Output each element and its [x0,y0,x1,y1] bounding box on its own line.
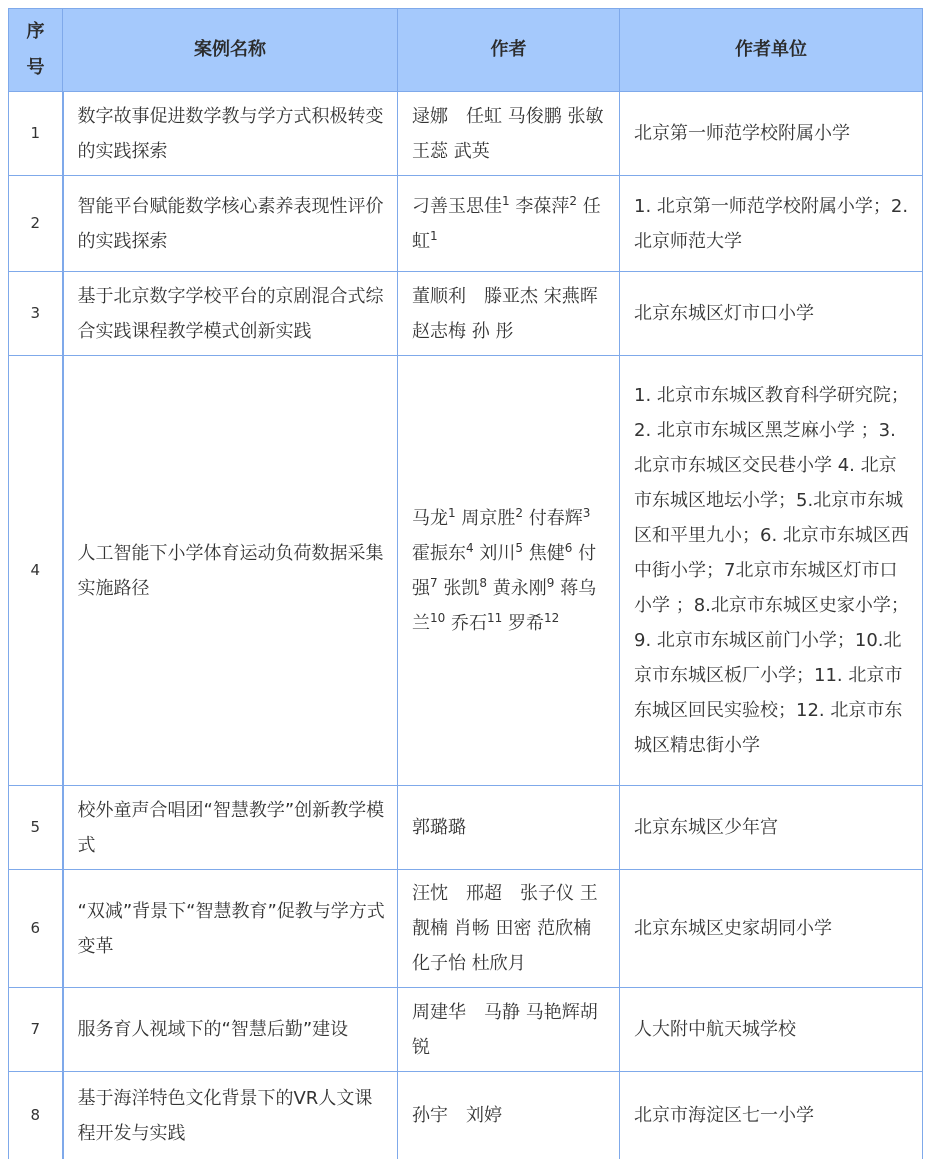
author-name: 罗希 [502,613,544,634]
table-header-row: 序号 案例名称 作者 作者单位 [9,9,923,92]
author-superscript: 3 [583,506,591,520]
row-index: 1 [9,92,63,176]
affiliation: 1. 北京市东城区教育科学研究院；2. 北京市东城区黑芝麻小学 ；3. 北京市东… [620,356,923,786]
authors: 逯娜 任虹 马俊鹏 张敏 王蕊 武英 [398,92,620,176]
affiliation: 北京第一师范学校附属小学 [620,92,923,176]
author-name: 刁善玉思佳 [412,196,502,217]
table-row: 6 “双减”背景下“智慧教育”促教与学方式变革 汪忱 邢超 张子仪 王靓楠 肖畅… [9,870,923,988]
author-superscript: 2 [569,194,577,208]
case-name: 基于北京数字学校平台的京剧混合式综合实践课程教学模式创新实践 [63,272,398,356]
case-name: 数字故事促进数学教与学方式积极转变的实践探索 [63,92,398,176]
affiliation: 1. 北京第一师范学校附属小学；2. 北京师范大学 [620,176,923,272]
row-index: 8 [9,1072,63,1159]
case-name: 校外童声合唱团“智慧教学”创新教学模式 [63,786,398,870]
author-name: 张凯 [438,578,480,599]
affiliation: 北京东城区少年宫 [620,786,923,870]
row-index: 2 [9,176,63,272]
cases-table: 序号 案例名称 作者 作者单位 1 数字故事促进数学教与学方式积极转变的实践探索… [8,8,923,1159]
authors: 汪忱 邢超 张子仪 王靓楠 肖畅 田密 范欣楠 化子怡 杜欣月 [398,870,620,988]
author-name: 乔石 [445,613,487,634]
author-name: 马龙 [412,508,448,529]
affiliation: 北京东城区灯市口小学 [620,272,923,356]
table-row: 2 智能平台赋能数学核心素养表现性评价的实践探索 刁善玉思佳1 李葆萍2 任虹1… [9,176,923,272]
author-superscript: 2 [515,506,523,520]
author-superscript: 1 [502,194,510,208]
author-superscript: 12 [544,611,559,625]
column-header-affiliation: 作者单位 [620,9,923,92]
table-row: 1 数字故事促进数学教与学方式积极转变的实践探索 逯娜 任虹 马俊鹏 张敏 王蕊… [9,92,923,176]
authors: 马龙1 周京胜2 付春辉3 霍振东4 刘川5 焦健6 付强7 张凯8 黄永刚9 … [398,356,620,786]
author-name: 付春辉 [523,508,583,529]
authors: 郭璐璐 [398,786,620,870]
author-superscript: 8 [479,576,487,590]
author-superscript: 1 [430,229,438,243]
table-row: 8 基于海洋特色文化背景下的VR人文课程开发与实践 孙宇 刘婷 北京市海淀区七一… [9,1072,923,1159]
author-name: 周京胜 [456,508,516,529]
case-name: 智能平台赋能数学核心素养表现性评价的实践探索 [63,176,398,272]
table-row: 4 人工智能下小学体育运动负荷数据采集实施路径 马龙1 周京胜2 付春辉3 霍振… [9,356,923,786]
column-header-authors: 作者 [398,9,620,92]
row-index: 5 [9,786,63,870]
author-superscript: 7 [430,576,438,590]
case-name: 服务育人视域下的“智慧后勤”建设 [63,988,398,1072]
author-superscript: 10 [430,611,445,625]
column-header-index: 序号 [9,9,63,92]
author-name: 李葆萍 [510,196,570,217]
authors: 刁善玉思佳1 李葆萍2 任虹1 [398,176,620,272]
row-index: 6 [9,870,63,988]
column-header-case-name: 案例名称 [63,9,398,92]
authors: 周建华 马静 马艳辉胡锐 [398,988,620,1072]
affiliation: 北京东城区史家胡同小学 [620,870,923,988]
author-superscript: 11 [487,611,502,625]
case-name: 基于海洋特色文化背景下的VR人文课程开发与实践 [63,1072,398,1159]
row-index: 7 [9,988,63,1072]
author-superscript: 1 [448,506,456,520]
case-name: “双减”背景下“智慧教育”促教与学方式变革 [63,870,398,988]
table-row: 5 校外童声合唱团“智慧教学”创新教学模式 郭璐璐 北京东城区少年宫 [9,786,923,870]
table-row: 7 服务育人视域下的“智慧后勤”建设 周建华 马静 马艳辉胡锐 人大附中航天城学… [9,988,923,1072]
row-index: 3 [9,272,63,356]
affiliation: 北京市海淀区七一小学 [620,1072,923,1159]
author-superscript: 4 [466,541,474,555]
authors: 孙宇 刘婷 [398,1072,620,1159]
author-name: 焦健 [523,543,565,564]
affiliation: 人大附中航天城学校 [620,988,923,1072]
author-name: 霍振东 [412,543,466,564]
row-index: 4 [9,356,63,786]
author-superscript: 5 [515,541,523,555]
case-name: 人工智能下小学体育运动负荷数据采集实施路径 [63,356,398,786]
table-row: 3 基于北京数字学校平台的京剧混合式综合实践课程教学模式创新实践 董顺利 滕亚杰… [9,272,923,356]
author-name: 刘川 [474,543,516,564]
authors: 董顺利 滕亚杰 宋燕晖 赵志梅 孙 彤 [398,272,620,356]
author-name: 黄永刚 [487,578,547,599]
